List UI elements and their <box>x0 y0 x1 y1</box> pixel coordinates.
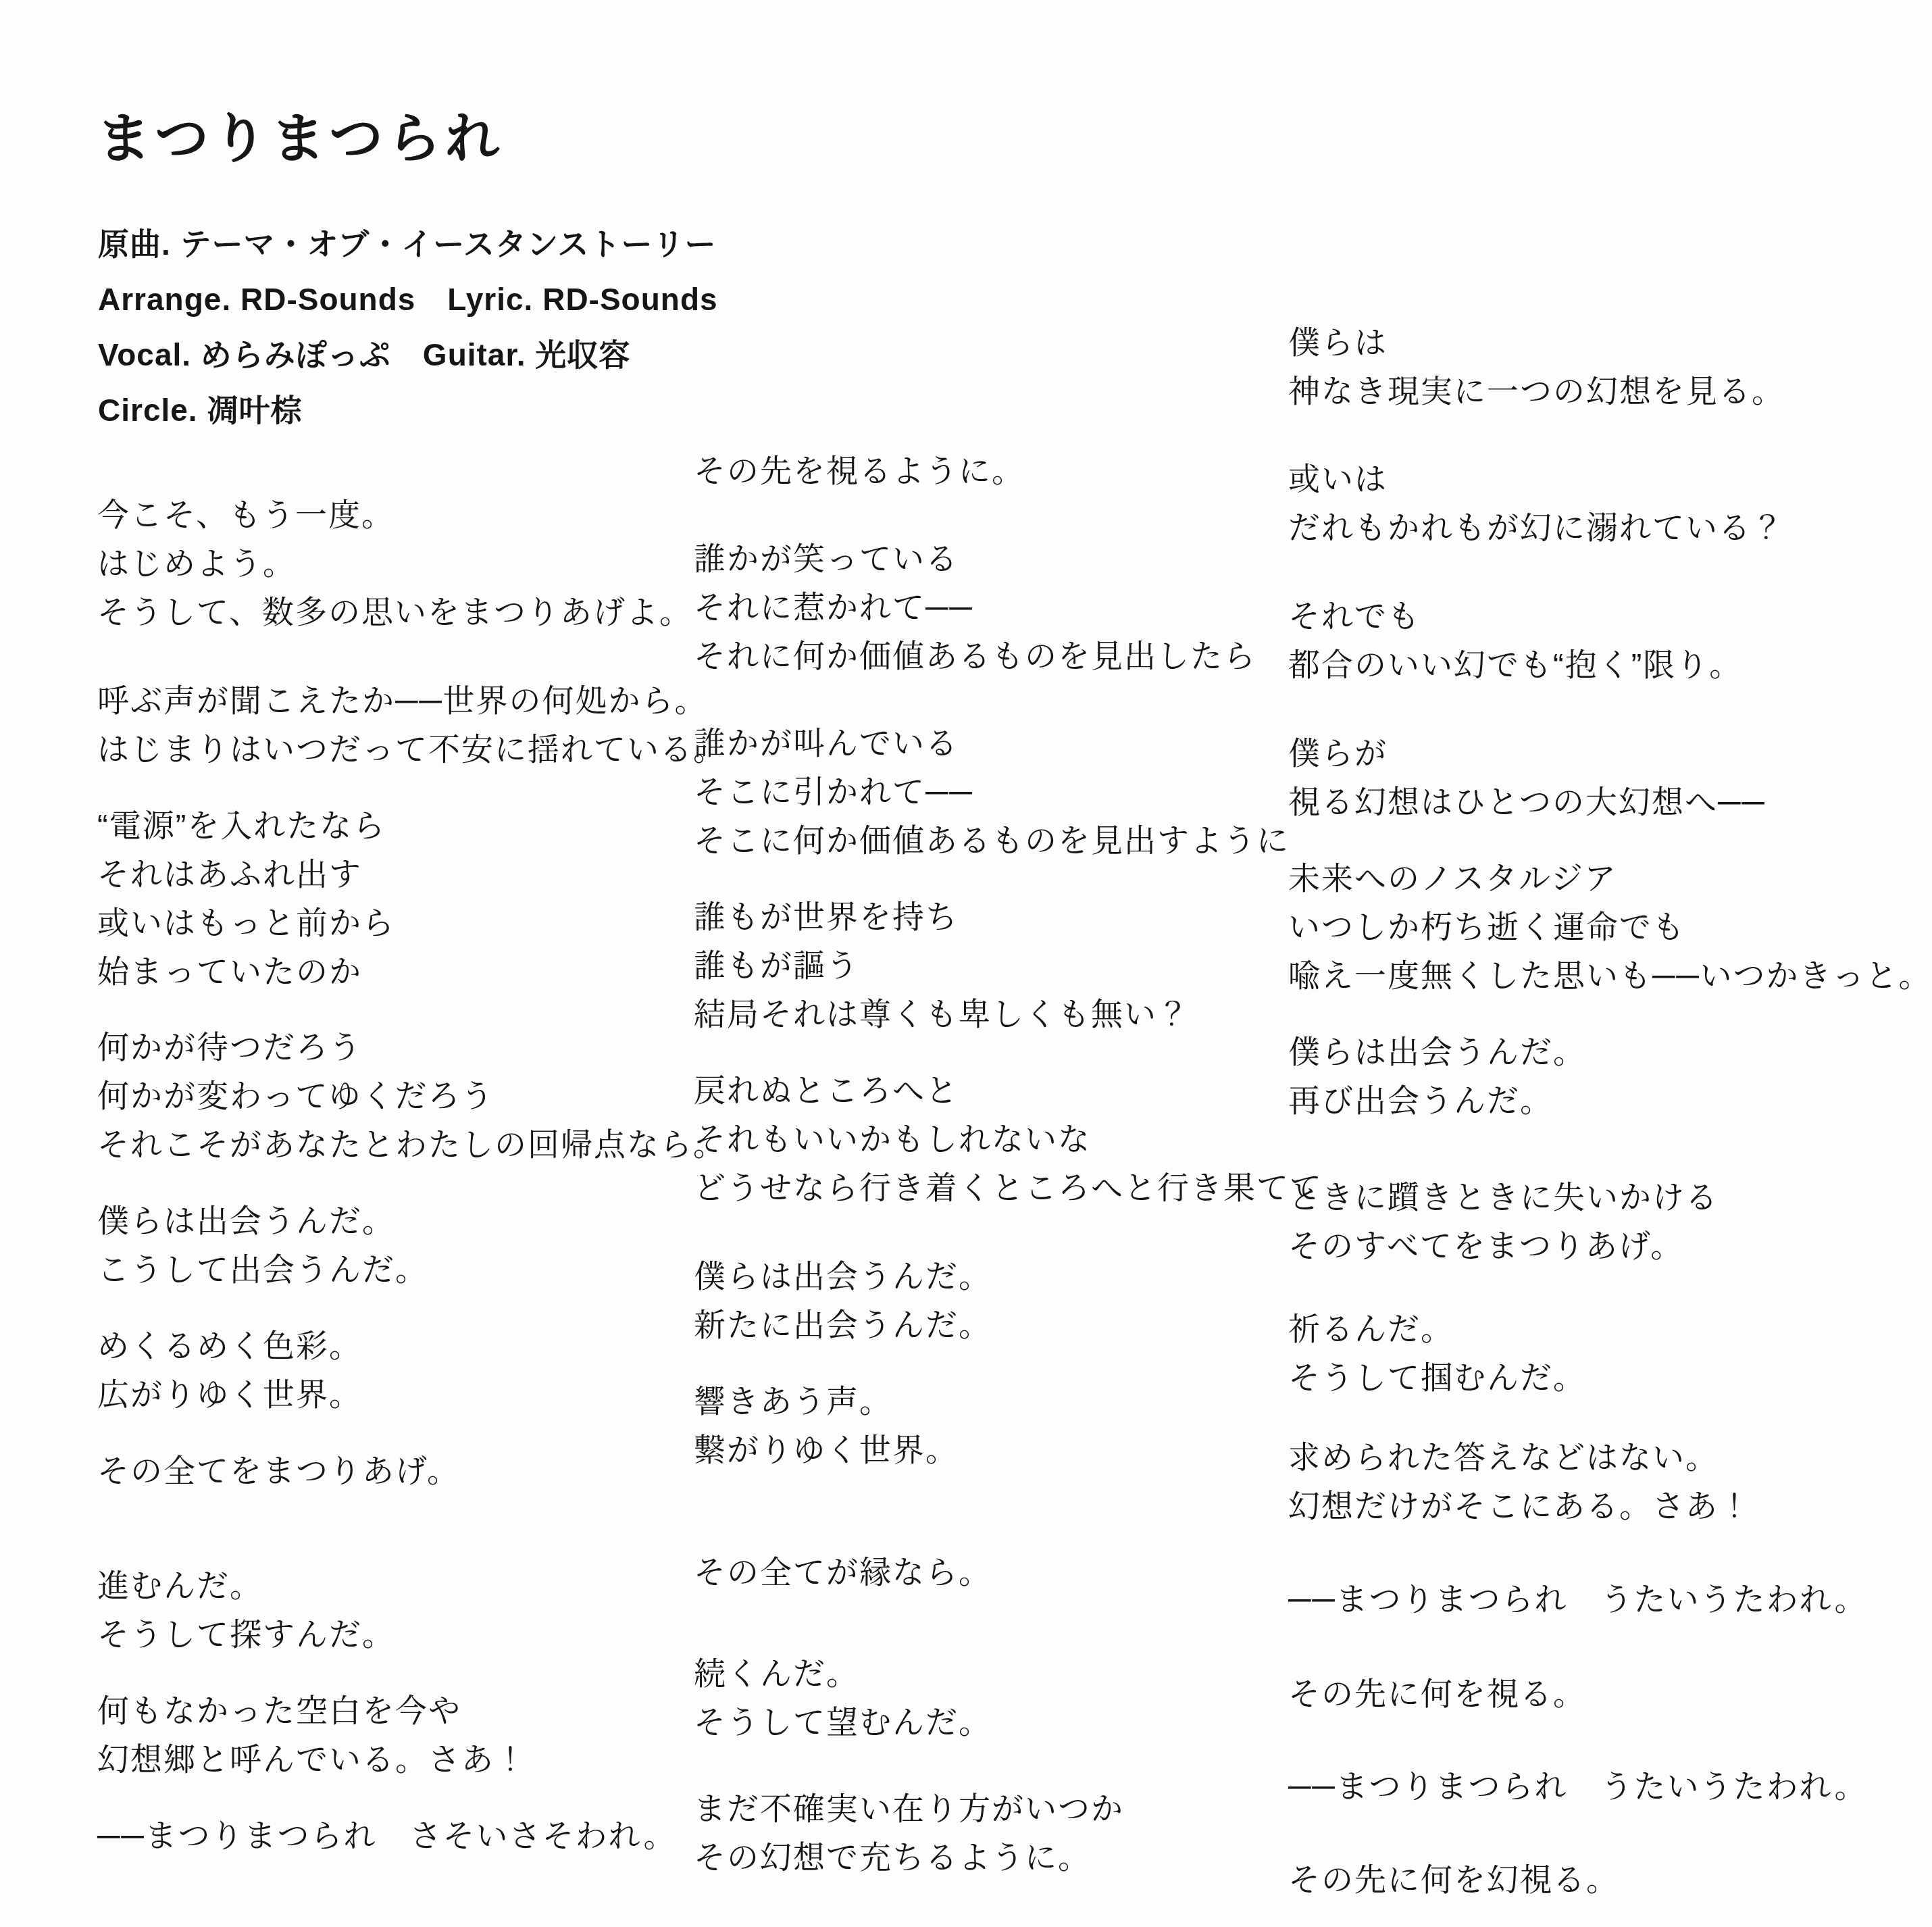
lyric-line: まだ不確実い在り方がいつか <box>694 1784 1124 1829</box>
song-title: まつりまつられ <box>97 95 503 172</box>
lyric-line-refrain: ──まつりまつられ さそいさそわれ。 <box>97 1811 676 1856</box>
credit-arrange-lyric: Arrange. RD-Sounds Lyric. RD-Sounds <box>98 275 718 320</box>
lyric-line: こうして出会うんだ。 <box>97 1245 428 1290</box>
lyric-line: 続くんだ。 <box>694 1649 859 1694</box>
lyric-line: 広がりゆく世界。 <box>97 1370 362 1415</box>
lyric-line: 始まっていたのか <box>97 947 362 992</box>
lyric-line: その先に何を視る。 <box>1288 1669 1586 1714</box>
lyric-line: 僕らが <box>1288 728 1388 774</box>
lyric-line: 再び出会うんだ。 <box>1288 1076 1553 1121</box>
lyric-line: 何かが変わってゆくだろう <box>97 1071 494 1116</box>
lyric-line: 幻想郷と呼んでいる。さあ！ <box>97 1734 528 1780</box>
lyric-line: 喩え一度無くした思いも──いつかきっと。 <box>1288 951 1932 996</box>
lyric-line-refrain: ──まつりまつられ うたいうたわれ。 <box>1288 1761 1867 1807</box>
lyric-line: 都合のいい幻でも“抱く”限り。 <box>1288 640 1742 685</box>
lyric-line: そうして望むんだ。 <box>694 1697 992 1743</box>
lyric-line: 僕らは出会うんだ。 <box>694 1251 992 1297</box>
lyric-line: それに何か価値あるものを見出したら <box>694 631 1256 676</box>
lyric-line: そこに引かれて── <box>694 767 973 812</box>
lyric-line: 視る幻想はひとつの大幻想へ── <box>1288 777 1766 822</box>
lyric-line: 幻想だけがそこにある。さあ！ <box>1288 1481 1752 1526</box>
lyric-line: それこそがあなたとわたしの回帰点なら。 <box>97 1120 726 1165</box>
lyrics-page: まつりまつられ 原曲. テーマ・オブ・イースタンストーリー Arrange. R… <box>0 0 1932 1927</box>
lyric-line: その先に何を幻視る。 <box>1288 1855 1619 1900</box>
lyric-line: そうして掴むんだ。 <box>1288 1353 1586 1398</box>
credit-circle: Circle. 凋叶棕 <box>98 386 302 430</box>
lyric-line: それもいいかもしれないな <box>694 1114 1091 1159</box>
lyric-line: ときに躓きときに失いかける <box>1288 1172 1719 1218</box>
lyric-line: 未来へのノスタルジア <box>1288 853 1617 899</box>
lyric-line: 響きあう声。 <box>694 1376 892 1422</box>
lyric-line: その先を視るように。 <box>694 446 1025 491</box>
credit-original-track: 原曲. テーマ・オブ・イースタンストーリー <box>98 220 717 264</box>
lyric-line: それはあふれ出す <box>97 849 362 895</box>
lyric-line: それでも <box>1288 591 1421 636</box>
lyric-line: 求められた答えなどはない。 <box>1288 1432 1719 1478</box>
lyric-line: 何もなかった空白を今や <box>97 1686 461 1731</box>
lyric-line: そうして、数多の思いをまつりあげよ。 <box>97 587 692 632</box>
lyric-line: 或いはもっと前から <box>97 898 395 943</box>
lyric-line: 僕らは <box>1288 318 1388 363</box>
lyric-line: 誰かが叫んでいる <box>694 718 959 764</box>
lyric-line: 或いは <box>1288 454 1388 499</box>
lyric-line: 僕らは出会うんだ。 <box>1288 1027 1586 1072</box>
credit-vocal-guitar: Vocal. めらみぽっぷ Guitar. 光収容 <box>98 330 630 375</box>
lyric-line: “電源”を入れたなら <box>97 801 386 846</box>
lyric-line: そのすべてをまつりあげ。 <box>1288 1221 1683 1266</box>
lyric-line: 結局それは尊くも卑しくも無い？ <box>694 989 1190 1034</box>
lyric-line: 新たに出会うんだ。 <box>694 1300 992 1345</box>
lyric-line: その幻想で充ちるように。 <box>694 1832 1091 1878</box>
lyric-line: 呼ぶ声が聞こえたか──世界の何処から。 <box>97 676 708 721</box>
lyric-line: 何かが待つだろう <box>97 1022 362 1068</box>
lyric-line: それに惹かれて── <box>694 582 973 628</box>
lyric-line: 僕らは出会うんだ。 <box>97 1196 395 1241</box>
lyric-line: 誰もが謳う <box>694 941 859 986</box>
lyric-line: 進むんだ。 <box>97 1561 263 1606</box>
lyric-line: だれもかれもが幻に溺れている？ <box>1288 503 1785 548</box>
lyric-line: はじめよう。 <box>97 539 296 584</box>
lyric-line: どうせなら行き着くところへと行き果てて <box>694 1163 1323 1208</box>
lyric-line: 神なき現実に一つの幻想を見る。 <box>1288 366 1785 411</box>
lyric-line: 戻れぬところへと <box>694 1066 959 1111</box>
lyric-line: めくるめく色彩。 <box>97 1321 362 1366</box>
lyric-line-refrain: ──まつりまつられ うたいうたわれ。 <box>1288 1574 1867 1620</box>
lyric-line: 今こそ、もう一度。 <box>97 490 395 535</box>
lyric-line: 誰かが笑っている <box>694 534 959 579</box>
lyric-line: 繋がりゆく世界。 <box>694 1425 959 1470</box>
lyric-line: その全てが縁なら。 <box>694 1547 992 1593</box>
lyric-line: その全てをまつりあげ。 <box>97 1446 460 1491</box>
lyric-line: そうして探すんだ。 <box>97 1609 395 1655</box>
lyric-line: 誰もが世界を持ち <box>694 892 959 937</box>
lyric-line: はじまりはいつだって不安に揺れている。 <box>97 724 726 770</box>
lyric-line: 祈るんだ。 <box>1288 1304 1454 1349</box>
lyric-line: いつしか朽ち逝く運命でも <box>1288 902 1685 947</box>
lyric-line: そこに何か価値あるものを見出すように <box>694 816 1290 861</box>
